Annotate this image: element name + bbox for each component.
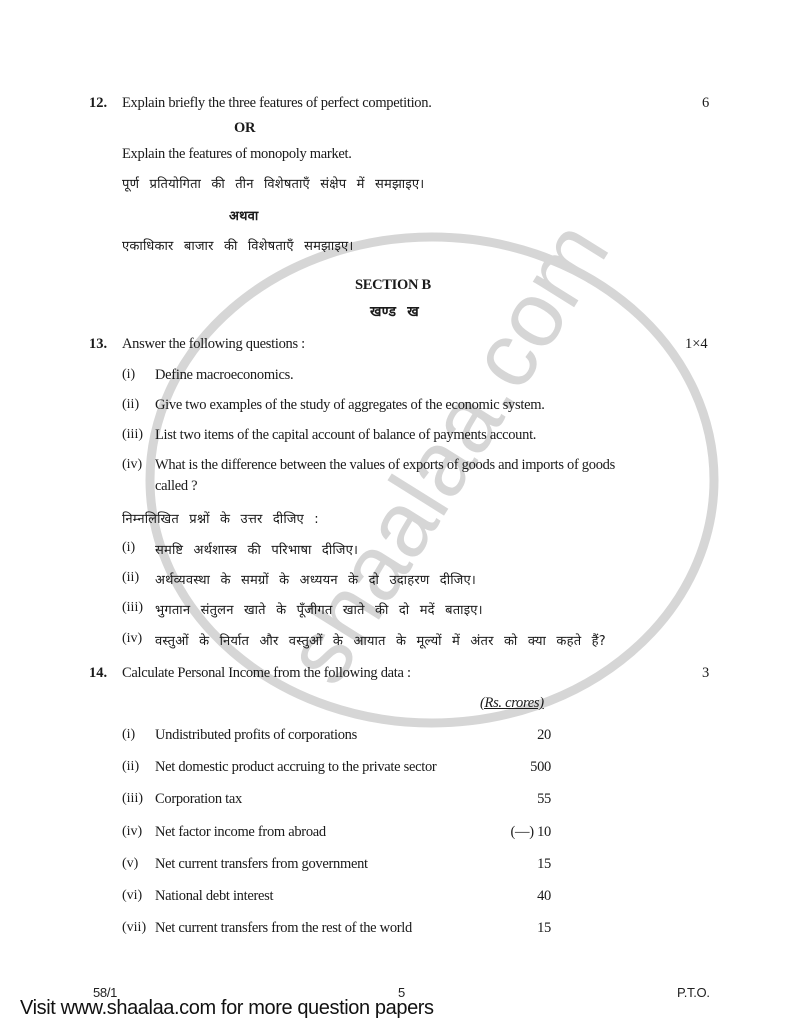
subquestion-number: (iv)	[122, 631, 142, 647]
row-value: 55	[537, 791, 551, 808]
subquestion-text-hindi: वस्तुओं के निर्यात और वस्तुओं के आयात के…	[155, 631, 606, 649]
watermark: shaalaa.com	[0, 0, 800, 1035]
row-label: National debt interest	[155, 888, 273, 905]
row-value: 15	[537, 856, 551, 873]
section-title: SECTION B	[355, 277, 431, 294]
row-value: (—) 10	[511, 824, 551, 841]
row-label: Net current transfers from the rest of t…	[155, 920, 412, 937]
row-number: (v)	[122, 856, 138, 872]
subquestion-text-hindi: भुगतान संतुलन खाते के पूँजीगत खाते की दो…	[155, 600, 483, 618]
question-intro-hindi: निम्नलिखित प्रश्नों के उत्तर दीजिए :	[122, 509, 319, 527]
subquestion-text-hindi: समष्टि अर्थशास्त्र की परिभाषा दीजिए।	[155, 540, 358, 558]
row-label: Net factor income from abroad	[155, 824, 326, 841]
section-title-hindi: खण्ड ख	[370, 302, 419, 321]
or-label: OR	[234, 120, 255, 137]
row-number: (i)	[122, 727, 135, 743]
question-number: 12.	[89, 95, 107, 112]
question-text-hindi: पूर्ण प्रतियोगिता की तीन विशेषताएँ संक्ष…	[122, 174, 424, 192]
alternate-question-text: Explain the features of monopoly market.	[122, 146, 352, 163]
row-value: 20	[537, 727, 551, 744]
subquestion-text: Define macroeconomics.	[155, 367, 293, 384]
unit-label: (Rs. crores)	[480, 695, 544, 712]
subquestion-number: (ii)	[122, 397, 139, 413]
subquestion-number: (iii)	[122, 600, 143, 616]
question-intro: Answer the following questions :	[122, 336, 305, 353]
watermark-text: shaalaa.com	[265, 204, 628, 700]
row-number: (vi)	[122, 888, 142, 904]
question-marks: 3	[702, 665, 709, 682]
row-value: 15	[537, 920, 551, 937]
row-label: Corporation tax	[155, 791, 242, 808]
row-value: 40	[537, 888, 551, 905]
question-marks: 6	[702, 95, 709, 112]
alternate-question-text-hindi: एकाधिकार बाजार की विशेषताएँ समझाइए।	[122, 236, 354, 254]
promo-link[interactable]: Visit www.shaalaa.com for more question …	[20, 997, 434, 1020]
question-intro: Calculate Personal Income from the follo…	[122, 665, 411, 682]
subquestion-number: (i)	[122, 540, 135, 556]
row-label: Undistributed profits of corporations	[155, 727, 357, 744]
pto-label: P.T.O.	[677, 985, 710, 1000]
subquestion-number: (iii)	[122, 427, 143, 443]
row-number: (iv)	[122, 824, 142, 840]
row-number: (iii)	[122, 791, 143, 807]
question-text: Explain briefly the three features of pe…	[122, 95, 432, 112]
subquestion-number: (ii)	[122, 570, 139, 586]
subquestion-text: Give two examples of the study of aggreg…	[155, 397, 545, 414]
question-number: 14.	[89, 665, 107, 682]
subquestion-number: (i)	[122, 367, 135, 383]
subquestion-text-hindi: अर्थव्यवस्था के समग्रों के अध्ययन के दो …	[155, 570, 476, 588]
subquestion-text: What is the difference between the value…	[155, 457, 615, 474]
subquestion-number: (iv)	[122, 457, 142, 473]
subquestion-text: List two items of the capital account of…	[155, 427, 536, 444]
or-label-hindi: अथवा	[229, 206, 258, 224]
question-number: 13.	[89, 336, 107, 353]
question-marks: 1×4	[685, 336, 708, 353]
watermark-circle	[150, 237, 714, 723]
row-number: (ii)	[122, 759, 139, 775]
row-value: 500	[530, 759, 551, 776]
row-label: Net domestic product accruing to the pri…	[155, 759, 436, 776]
subquestion-text-continued: called ?	[155, 478, 197, 495]
row-label: Net current transfers from government	[155, 856, 368, 873]
row-number: (vii)	[122, 920, 146, 936]
